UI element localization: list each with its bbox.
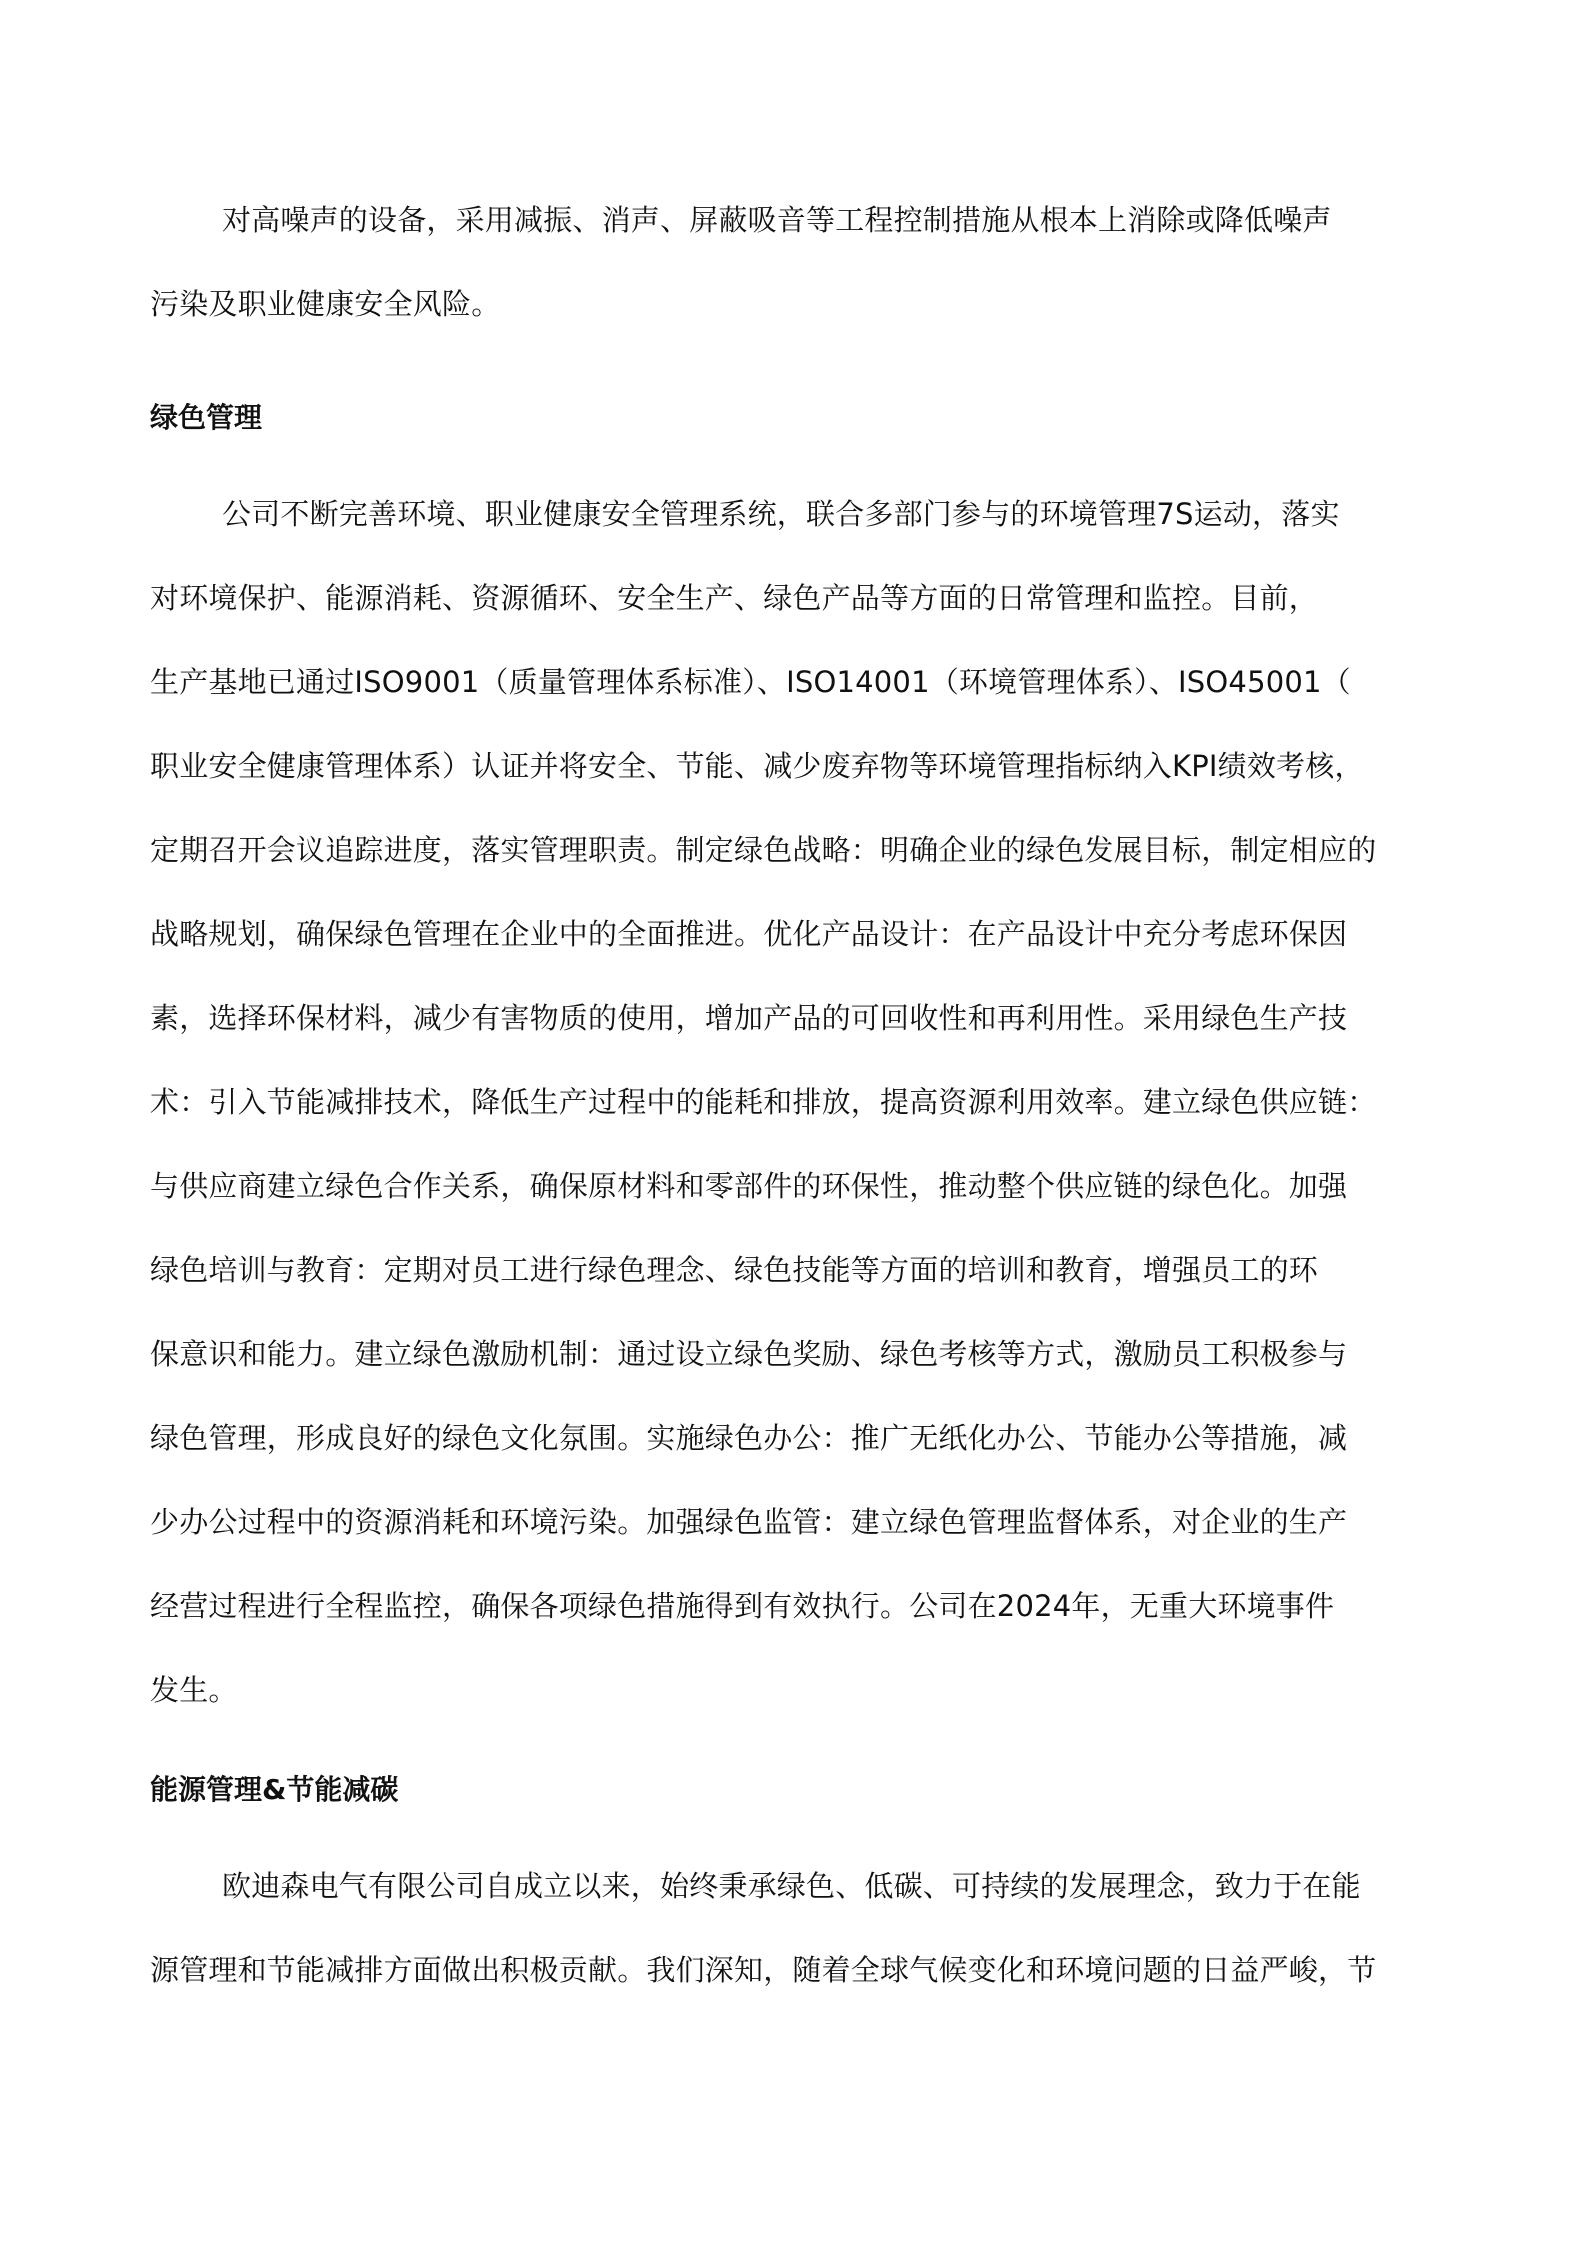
paragraph-line: 污染及职业健康安全风险。 [150, 284, 500, 324]
paragraph-line: 经营过程进行全程监控，确保各项绿色措施得到有效执行。公司在2024年，无重大环境… [150, 1586, 1334, 1626]
paragraph-line: 绿色培训与教育：定期对员工进行绿色理念、绿色技能等方面的培训和教育，增强员工的环 [150, 1250, 1318, 1290]
paragraph-line: 绿色管理，形成良好的绿色文化氛围。实施绿色办公：推广无纸化办公、节能办公等措施，… [150, 1418, 1347, 1458]
paragraph-line: 对环境保护、能源消耗、资源循环、安全生产、绿色产品等方面的日常管理和监控。目前， [150, 578, 1318, 618]
paragraph-line: 发生。 [150, 1670, 238, 1710]
paragraph-line: 战略规划，确保绿色管理在企业中的全面推进。优化产品设计：在产品设计中充分考虑环保… [150, 914, 1347, 954]
paragraph-line: 少办公过程中的资源消耗和环境污染。加强绿色监管：建立绿色管理监督体系，对企业的生… [150, 1502, 1347, 1542]
paragraph-line: 术：引入节能减排技术，降低生产过程中的能耗和排放，提高资源利用效率。建立绿色供应… [150, 1082, 1376, 1122]
paragraph-line: 职业安全健康管理体系）认证并将安全、节能、减少废弃物等环境管理指标纳入KPI绩效… [150, 746, 1364, 786]
paragraph-line: 保意识和能力。建立绿色激励机制：通过设立绿色奖励、绿色考核等方式，激励员工积极参… [150, 1334, 1347, 1374]
paragraph-line: 对高噪声的设备，采用减振、消声、屏蔽吸音等工程控制措施从根本上消除或降低噪声 [222, 200, 1332, 240]
paragraph-line: 定期召开会议追踪进度，落实管理职责。制定绿色战略：明确企业的绿色发展目标，制定相… [150, 830, 1376, 870]
section-heading-energy-management: 能源管理&节能减碳 [150, 1770, 398, 1810]
document-page: 对高噪声的设备，采用减振、消声、屏蔽吸音等工程控制措施从根本上消除或降低噪声 污… [0, 0, 1587, 2245]
paragraph-line: 生产基地已通过ISO9001（质量管理体系标准）、ISO14001（环境管理体系… [150, 662, 1351, 702]
paragraph-line: 与供应商建立绿色合作关系，确保原材料和零部件的环保性，推动整个供应链的绿色化。加… [150, 1166, 1347, 1206]
paragraph-line: 素，选择环保材料，减少有害物质的使用，增加产品的可回收性和再利用性。采用绿色生产… [150, 998, 1347, 1038]
paragraph-line: 欧迪森电气有限公司自成立以来，始终秉承绿色、低碳、可持续的发展理念，致力于在能 [222, 1866, 1361, 1906]
paragraph-line: 公司不断完善环境、职业健康安全管理系统，联合多部门参与的环境管理7S运动，落实 [222, 494, 1340, 534]
paragraph-line: 源管理和节能减排方面做出积极贡献。我们深知，随着全球气候变化和环境问题的日益严峻… [150, 1950, 1376, 1990]
section-heading-green-management: 绿色管理 [150, 398, 262, 438]
